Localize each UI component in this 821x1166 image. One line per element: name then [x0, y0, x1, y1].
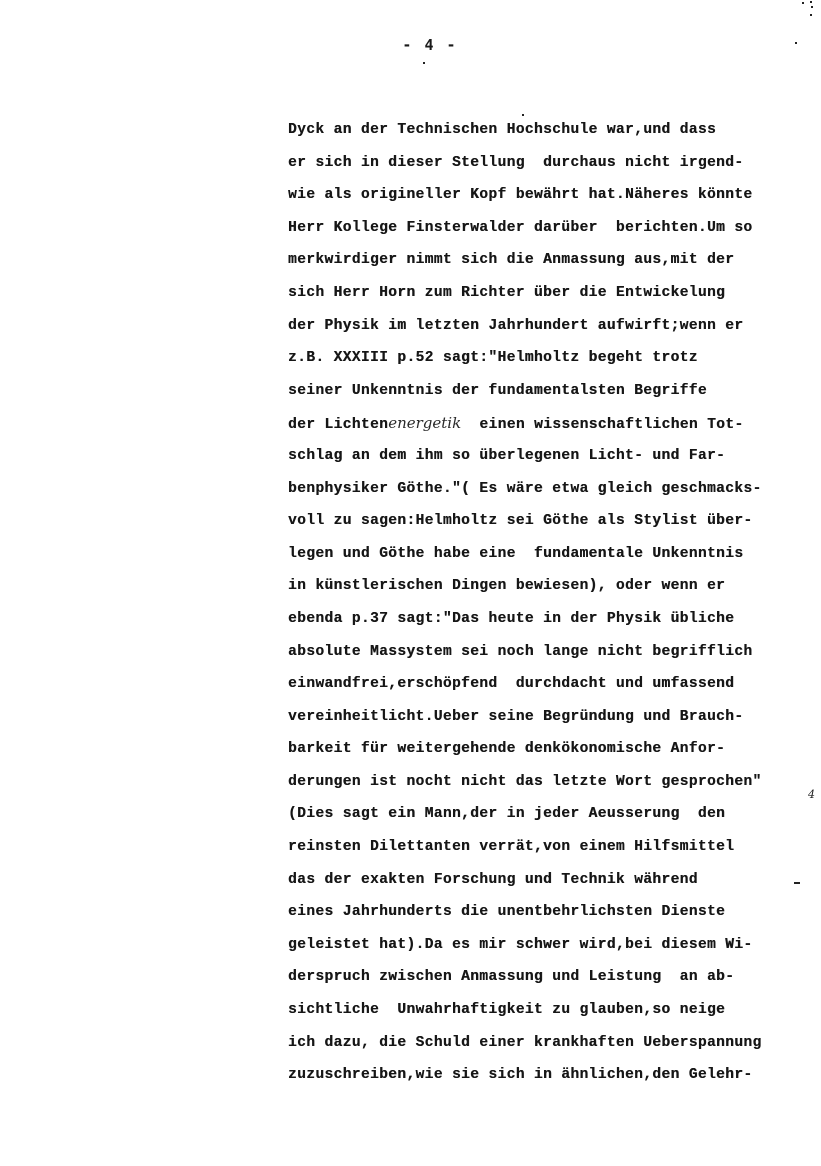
page-number: - 4 - [0, 36, 821, 54]
text-line: reinsten Dilettanten verrät,von einem Hi… [288, 836, 818, 869]
text-line: derungen ist nocht nicht das letzte Wort… [288, 771, 818, 804]
text-line: der Physik im letzten Jahrhundert aufwir… [288, 315, 818, 348]
text-line: vereinheitlicht.Ueber seine Begründung u… [288, 706, 818, 739]
text-line: das der exakten Forschung und Technik wä… [288, 869, 818, 902]
text-line: ebenda p.37 sagt:"Das heute in der Physi… [288, 608, 818, 641]
text-line: er sich in dieser Stellung durchaus nich… [288, 152, 818, 185]
text-line: in künstlerischen Dingen bewiesen), oder… [288, 575, 818, 608]
document-page: - 4 - Dyck an der Technischen Hochschule… [0, 0, 821, 1166]
text-line: Herr Kollege Finsterwalder darüber beric… [288, 217, 818, 250]
scan-speck [810, 14, 812, 16]
text-segment: einen wissenschaftlichen Tot- [461, 417, 743, 433]
text-line: schlag an dem ihm so überlegenen Licht- … [288, 445, 818, 478]
text-line: zuzuschreiben,wie sie sich in ähnlichen,… [288, 1064, 818, 1097]
text-line: wie als origineller Kopf bewährt hat.Näh… [288, 184, 818, 217]
scan-speck [522, 114, 524, 116]
margin-annotation: 4 [808, 788, 815, 801]
scan-speck [811, 6, 813, 8]
scan-speck [795, 42, 797, 44]
text-line: sichtliche Unwahrhaftigkeit zu glauben,s… [288, 999, 818, 1032]
handwritten-correction: energetik [388, 414, 461, 432]
text-line: geleistet hat).Da es mir schwer wird,bei… [288, 934, 818, 967]
text-line: (Dies sagt ein Mann,der in jeder Aeusser… [288, 803, 818, 836]
text-line-annotated: der Lichtenenergetik einen wissenschaftl… [288, 412, 818, 445]
text-line: seiner Unkenntnis der fundamentalsten Be… [288, 380, 818, 413]
text-line: merkwirdiger nimmt sich die Anmassung au… [288, 249, 818, 282]
text-line: ich dazu, die Schuld einer krankhaften U… [288, 1032, 818, 1065]
scan-speck [423, 62, 425, 64]
text-line: legen und Göthe habe eine fundamentale U… [288, 543, 818, 576]
text-line: einwandfrei,erschöpfend durchdacht und u… [288, 673, 818, 706]
text-line: voll zu sagen:Helmholtz sei Göthe als St… [288, 510, 818, 543]
scan-speck [802, 2, 804, 4]
text-line: absolute Massystem sei noch lange nicht … [288, 641, 818, 674]
text-line: derspruch zwischen Anmassung und Leistun… [288, 966, 818, 999]
scan-speck [794, 882, 800, 884]
text-line: sich Herr Horn zum Richter über die Entw… [288, 282, 818, 315]
typewritten-body: Dyck an der Technischen Hochschule war,u… [288, 119, 818, 1097]
text-segment: der Lichten [288, 417, 388, 433]
text-line: benphysiker Göthe."( Es wäre etwa gleich… [288, 478, 818, 511]
scan-speck [810, 1, 812, 3]
text-line: barkeit für weitergehende denkökonomisch… [288, 738, 818, 771]
text-line: eines Jahrhunderts die unentbehrlichsten… [288, 901, 818, 934]
text-line: z.B. XXXIII p.52 sagt:"Helmholtz begeht … [288, 347, 818, 380]
text-line: Dyck an der Technischen Hochschule war,u… [288, 119, 818, 152]
